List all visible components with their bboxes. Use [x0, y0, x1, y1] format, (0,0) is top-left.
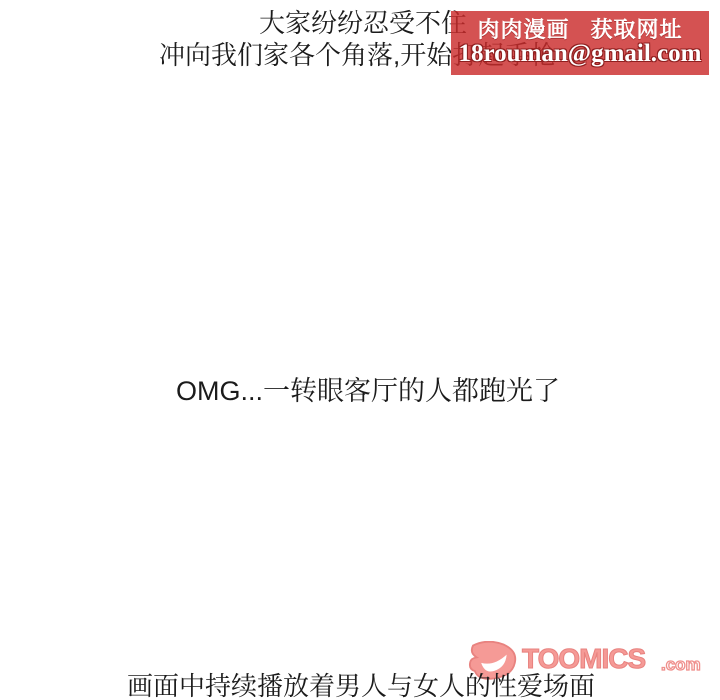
- caption-middle: OMG...一转眼客厅的人都跑光了: [176, 376, 560, 406]
- watermark-email: 18rouman@gmail.com: [459, 41, 702, 67]
- watermark-ad-banner: 肉肉漫画 获取网址 18rouman@gmail.com: [451, 11, 709, 75]
- watermark-site-name: 肉肉漫画 获取网址: [477, 18, 682, 42]
- webtoon-page: 大家纷纷忍受不住 冲向我们家各个角落,开始打起手枪 OMG...一转眼客厅的人都…: [0, 0, 720, 700]
- toomics-tld: .com: [661, 655, 701, 675]
- caption-top-line1: 大家纷纷忍受不住: [259, 9, 467, 38]
- caption-bottom: 画面中持续播放着男人与女人的性爱场面: [127, 672, 595, 700]
